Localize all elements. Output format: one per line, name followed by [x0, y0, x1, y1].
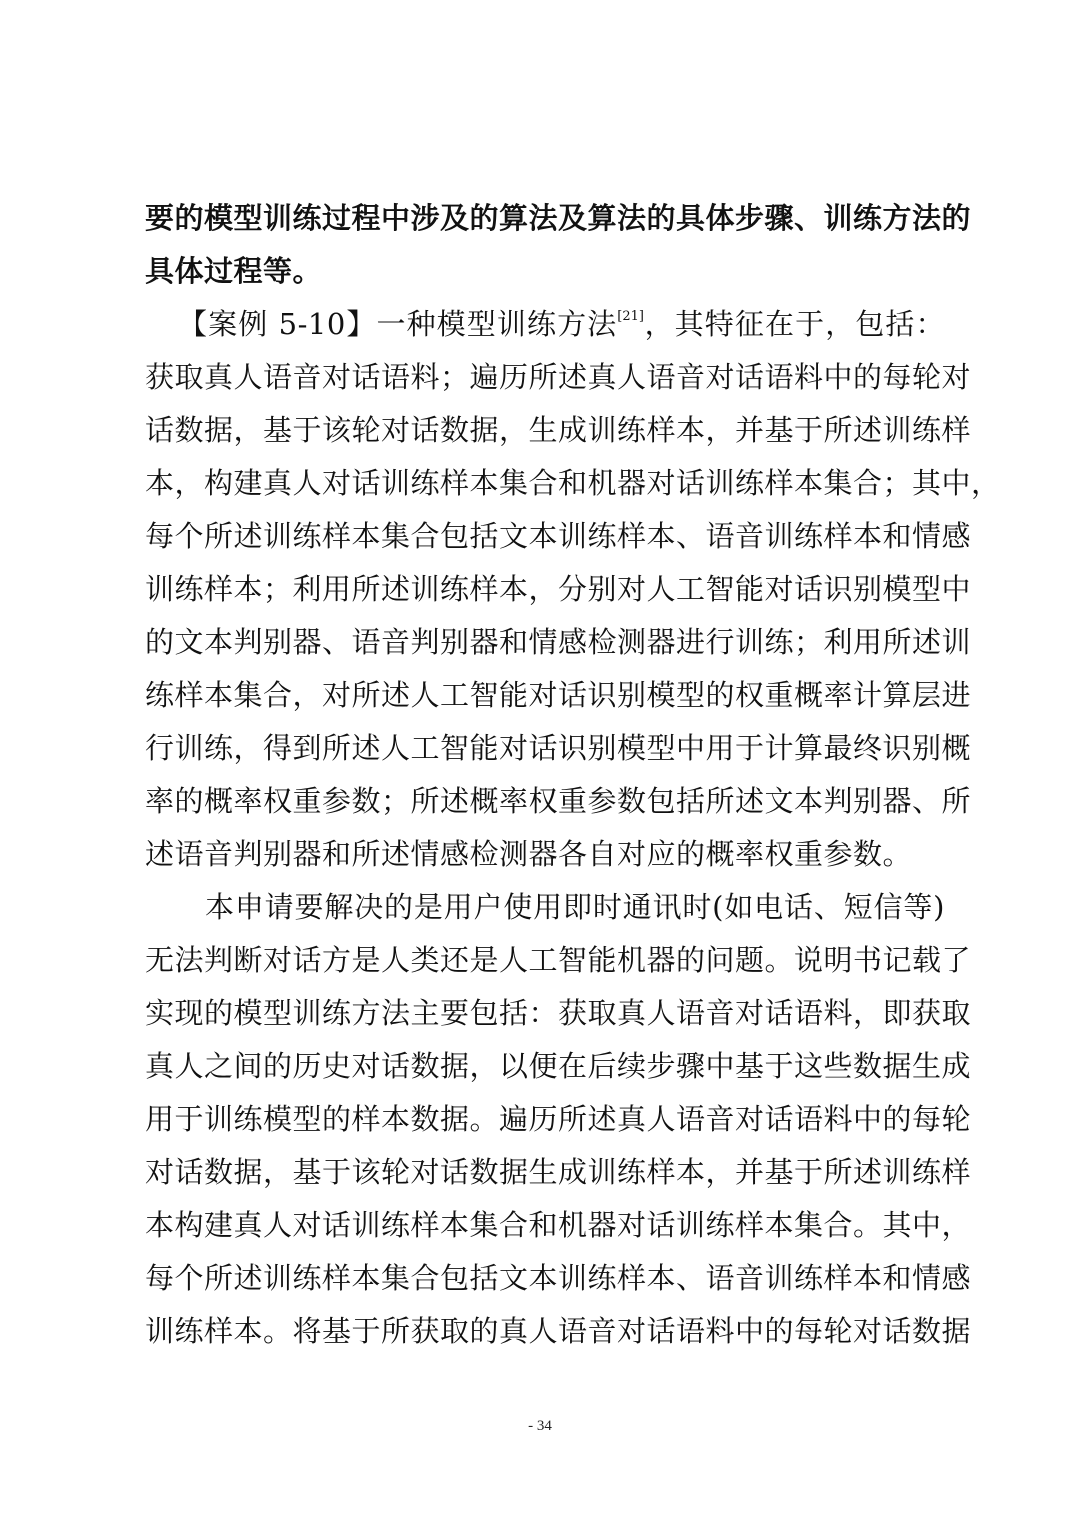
analysis-line: 用于训练模型的样本数据。遍历所述真人语音对话语料中的每轮 [145, 1101, 945, 1137]
case-heading-line: 【案例 5-10】一种模型训练方法[21]，其特征在于，包括： [178, 306, 945, 342]
case-line: 率的概率权重参数；所述概率权重参数包括所述文本判别器、所 [145, 783, 945, 819]
citation-reference: [21] [617, 309, 644, 324]
page-number: - 34 [0, 1418, 1080, 1435]
case-line: 本，构建真人对话训练样本集合和机器对话训练样本集合；其中， [145, 465, 945, 501]
document-page: 要的模型训练过程中涉及的算法及算法的具体步骤、训练方法的 具体过程等。 【案例 … [0, 0, 1080, 1527]
case-heading-rest: ，其特征在于，包括： [644, 307, 945, 341]
analysis-first-line: 本申请要解决的是用户使用即时通讯时(如电话、短信等) [205, 889, 945, 925]
case-line: 话数据，基于该轮对话数据，生成训练样本，并基于所述训练样 [145, 412, 945, 448]
case-line: 每个所述训练样本集合包括文本训练样本、语音训练样本和情感 [145, 518, 945, 554]
case-line: 述语音判别器和所述情感检测器各自对应的概率权重参数。 [145, 836, 945, 872]
case-line: 行训练，得到所述人工智能对话识别模型中用于计算最终识别概 [145, 730, 945, 766]
case-line: 的文本判别器、语音判别器和情感检测器进行训练；利用所述训 [145, 624, 945, 660]
case-label: 【案例 5-10】一种模型训练方法 [178, 307, 617, 341]
analysis-line: 无法判断对话方是人类还是人工智能机器的问题。说明书记载了 [145, 942, 945, 978]
case-line: 训练样本；利用所述训练样本，分别对人工智能对话识别模型中 [145, 571, 945, 607]
analysis-line: 每个所述训练样本集合包括文本训练样本、语音训练样本和情感 [145, 1260, 945, 1296]
analysis-line: 本构建真人对话训练样本集合和机器对话训练样本集合。其中， [145, 1207, 945, 1243]
analysis-line: 真人之间的历史对话数据，以便在后续步骤中基于这些数据生成 [145, 1048, 945, 1084]
analysis-line: 训练样本。将基于所获取的真人语音对话语料中的每轮对话数据 [145, 1313, 945, 1349]
analysis-line: 实现的模型训练方法主要包括：获取真人语音对话语料，即获取 [145, 995, 945, 1031]
analysis-line: 对话数据，基于该轮对话数据生成训练样本，并基于所述训练样 [145, 1154, 945, 1190]
case-line: 获取真人语音对话语料；遍历所述真人语音对话语料中的每轮对 [145, 359, 945, 395]
case-line: 练样本集合，对所述人工智能对话识别模型的权重概率计算层进 [145, 677, 945, 713]
intro-line: 要的模型训练过程中涉及的算法及算法的具体步骤、训练方法的 [145, 200, 945, 236]
intro-line: 具体过程等。 [145, 253, 945, 289]
